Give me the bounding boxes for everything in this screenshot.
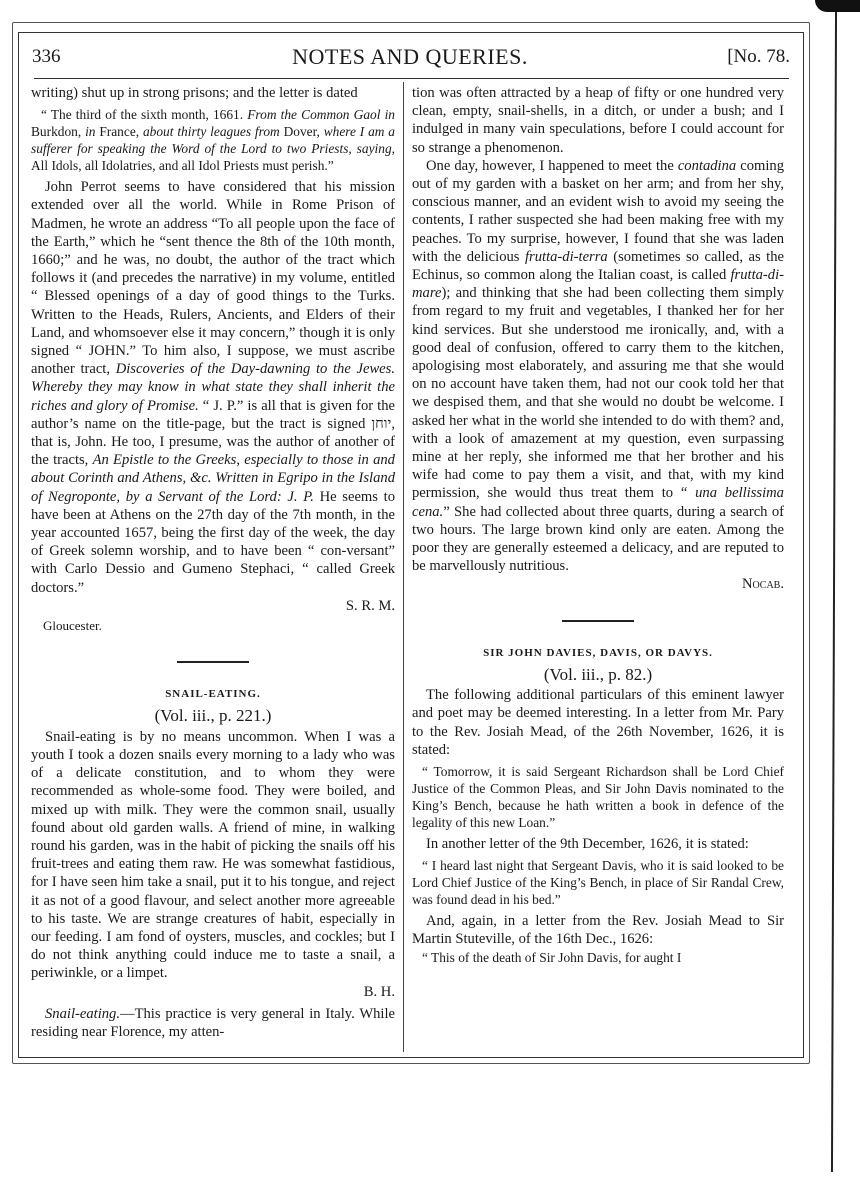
paragraph: Snail-eating is by no means uncommon. Wh… [31, 728, 395, 983]
quote-text: Burkdon, [31, 124, 85, 139]
publication-title: NOTES AND QUERIES. [30, 44, 790, 70]
run-in-heading: Snail-eating. [45, 1006, 120, 1022]
body-text: ); and thinking that she had been collec… [412, 285, 784, 501]
left-column: writing) shut up in strong prisons; and … [31, 84, 395, 1041]
quote-text: Dover, [280, 124, 324, 139]
paragraph: And, again, in a letter from the Rev. Jo… [412, 912, 784, 948]
section-reference: (Vol. iii., p. 82.) [412, 666, 784, 684]
author-signature: Nocab. [742, 575, 784, 593]
paragraph: tion was often attracted by a heap of fi… [412, 84, 784, 157]
signature-line: S. R. M. [31, 597, 395, 615]
quote-text: France, [95, 124, 142, 139]
author-signature: S. R. M. [346, 597, 395, 615]
page-binding-shadow [815, 0, 860, 12]
quote-italic: about thirty leagues from [143, 124, 280, 139]
section-separator [177, 661, 249, 663]
issue-number: [No. 78. [727, 46, 790, 68]
body-text: One day, however, I happened to meet the [426, 158, 678, 174]
paragraph: The following additional particulars of … [412, 686, 784, 759]
page-binding-edge [831, 12, 837, 1172]
italic-term: contadina [678, 158, 736, 174]
block-quote: “ The third of the sixth month, 1661. Fr… [31, 106, 395, 174]
paragraph: writing) shut up in strong prisons; and … [31, 84, 395, 102]
column-divider [403, 82, 404, 1052]
signature-line: B. H. [31, 983, 395, 1001]
section-reference: (Vol. iii., p. 221.) [31, 707, 395, 725]
quote-italic: in [85, 124, 95, 139]
block-quote: “ This of the death of Sir John Davis, f… [412, 949, 784, 966]
paragraph: John Perrot seems to have considered tha… [31, 178, 395, 597]
quote-italic: From the Common Gaol in [247, 107, 395, 122]
place-name: Gloucester. [43, 617, 395, 635]
section-title: SNAIL-EATING. [31, 685, 395, 703]
signature-line: Nocab. [412, 575, 784, 593]
right-column: tion was often attracted by a heap of fi… [412, 84, 784, 966]
paragraph: In another letter of the 9th December, 1… [412, 835, 784, 853]
block-quote: “ Tomorrow, it is said Sergeant Richards… [412, 763, 784, 831]
author-signature: B. H. [364, 983, 395, 1001]
paragraph: One day, however, I happened to meet the… [412, 157, 784, 576]
block-quote: “ I heard last night that Sergeant Davis… [412, 857, 784, 908]
quote-text: All Idols, all Idolatries, and all Idol … [31, 158, 334, 173]
italic-term: frutta-di-terra [525, 249, 608, 265]
paragraph: Snail-eating.—This practice is very gene… [31, 1005, 395, 1041]
body-text: ” She had collected about three quarts, … [412, 504, 784, 575]
section-separator [562, 620, 634, 622]
quote-text: “ The third of the sixth month, 1661. [41, 107, 247, 122]
body-text: John Perrot seems to have considered tha… [31, 179, 395, 377]
running-header: 336 NOTES AND QUERIES. [No. 78. [30, 44, 790, 74]
section-title: SIR JOHN DAVIES, DAVIS, OR DAVYS. [412, 644, 784, 662]
header-rule [34, 78, 789, 79]
